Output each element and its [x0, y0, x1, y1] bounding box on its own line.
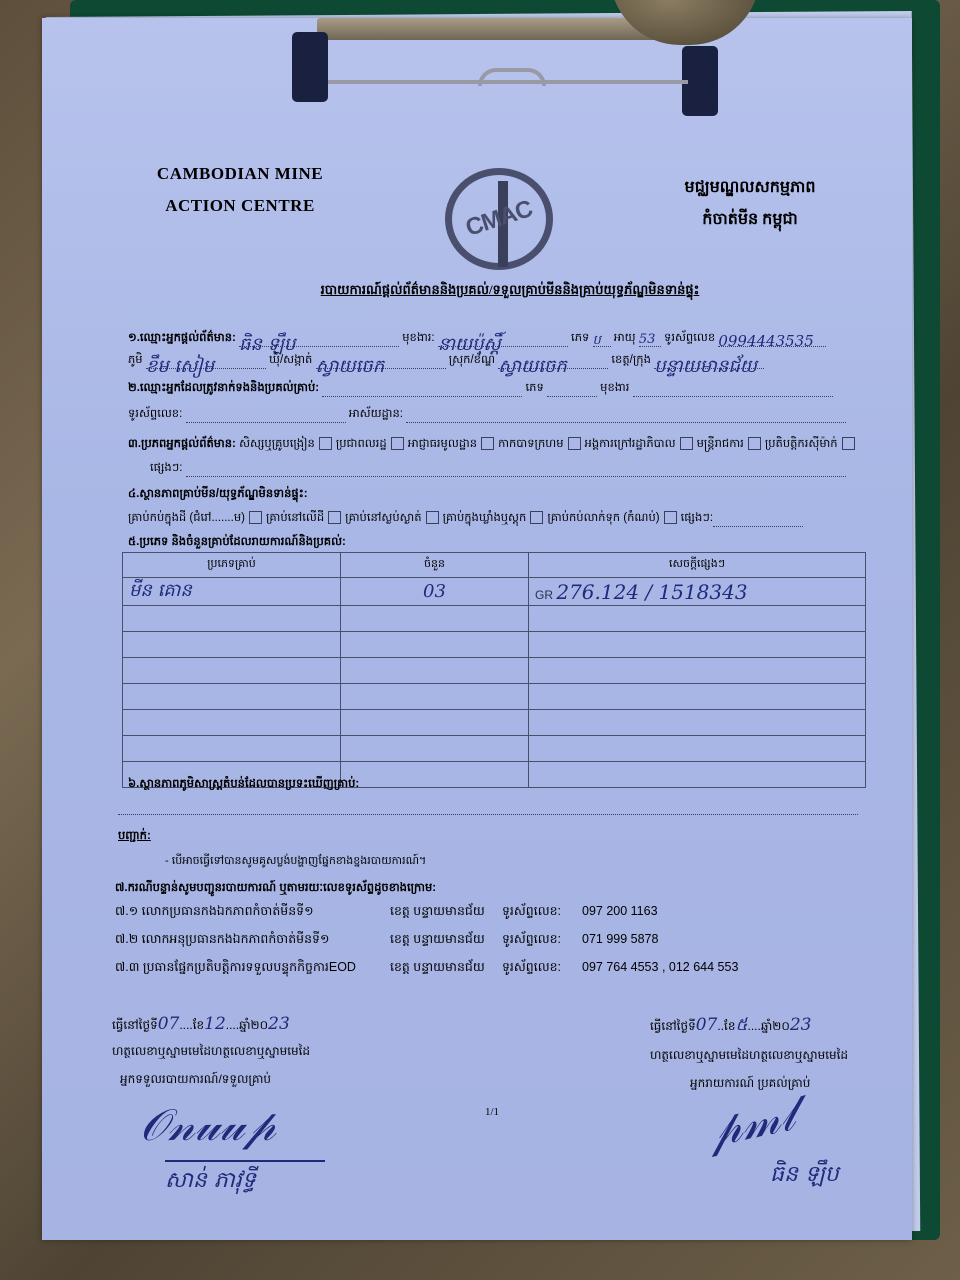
column-header: ប្រភេទគ្រាប់ — [123, 553, 341, 578]
contact-phone-label: ទូរស័ព្ទលេខ: — [502, 932, 582, 950]
section4-heading: ៤.ស្ថានភាពគ្រាប់មីន/យុទ្ធភ័ណ្ឌមិនទាន់ផ្ទ… — [128, 486, 858, 503]
contact-row: ៧.២ លោកអនុប្រធានកងឯកភាពកំចាត់មីនទី១ខេត្ត… — [115, 932, 658, 950]
table-cell[interactable] — [529, 658, 866, 684]
table-cell[interactable] — [529, 632, 866, 658]
contact-phone[interactable]: 097 200 1163 — [582, 904, 658, 918]
contact-row: ៧.៣ ប្រធានផ្នែកប្រតិបត្តិការទទួលបន្ទុកកិ… — [115, 960, 738, 978]
district-field[interactable]: ស្វាយចេក — [498, 354, 608, 369]
province-field[interactable]: បន្ទាយមានជ័យ — [654, 354, 764, 369]
section3-row1: ៣.ប្រភពអ្នកផ្តល់ព័ត៌មាន: សិស្សឬគ្រូបង្រៀ… — [128, 436, 858, 453]
province-label: ខេត្ត/ក្រុង — [611, 354, 650, 366]
contact-phone-label: ទូរស័ព្ទលេខ: — [502, 960, 582, 978]
cell-value: 03 — [423, 581, 446, 602]
table-row — [123, 658, 866, 684]
column-header: សេចក្តីផ្សេងៗ — [529, 553, 866, 578]
source-option-label: អង្គការក្រៅរដ្ឋាភិបាល — [585, 438, 676, 450]
source-option-label: សិស្សឬគ្រូបង្រៀន — [239, 438, 315, 450]
date-left: ធ្វើនៅថ្ងៃទី07....ខែ12....ឆ្នាំ២០23 ហត្ថ… — [112, 1014, 310, 1089]
source-other-label: ផ្សេងៗ: — [150, 462, 182, 474]
occupation-field[interactable]: នាយប៉ុស្តិ៍ — [438, 332, 568, 347]
year-label: ឆ្នាំ២០ — [239, 1018, 268, 1032]
status-other-label: ផ្សេងៗ: — [681, 512, 713, 524]
status-option-label: គ្រាប់ក្នុងឃ្លាំងឬស្តុក — [443, 512, 527, 524]
table-row — [123, 632, 866, 658]
clipboard-clip — [317, 18, 657, 40]
day-field[interactable]: 07 — [158, 1014, 180, 1034]
date-prefix: ធ្វើនៅថ្ងៃទី — [650, 1019, 696, 1033]
cmac-logo: CMAC — [445, 168, 553, 270]
status-option-checkbox[interactable] — [426, 511, 439, 524]
section6-row — [118, 800, 848, 815]
section2-row1: ២.ឈ្មោះអ្នកដែលត្រូវនាក់ទងនិងប្រគល់គ្រាប់… — [128, 380, 858, 397]
table-cell[interactable] — [529, 684, 866, 710]
status-option-label: គ្រាប់នៅលើដី — [266, 512, 324, 524]
table-cell[interactable] — [529, 736, 866, 762]
table-cell[interactable] — [529, 710, 866, 736]
commune-field[interactable]: ស្វាយចេក — [316, 354, 446, 369]
informant-name-field[interactable]: ធិន ឡឹប — [239, 332, 399, 347]
table-cell[interactable] — [123, 710, 341, 736]
section7-heading: ៧.ករណីបន្ទាន់សូមបញ្ជូនរបាយការណ៍ ឬតាមរយៈល… — [115, 880, 845, 897]
recipient-occupation-field[interactable] — [633, 382, 833, 397]
org-name-khmer: មជ្ឈមណ្ឌលសកម្មភាព កំចាត់មីន កម្ពុជា — [640, 172, 860, 236]
source-option-checkbox[interactable] — [568, 437, 581, 450]
month-label: ខែ — [724, 1019, 735, 1033]
source-option-checkbox[interactable] — [842, 437, 855, 450]
age-field[interactable]: 53 — [639, 332, 661, 347]
status-option-checkbox[interactable] — [664, 511, 677, 524]
status-option-label: គ្រាប់នៅស្ងប់ស្ងាត់ — [345, 512, 421, 524]
items-label: ៥.ប្រភេទ និងចំនួនគ្រាប់ដែលរាយការណ៍និងប្រ… — [128, 536, 346, 548]
table-cell[interactable] — [341, 684, 529, 710]
sex-field[interactable]: ប — [593, 332, 611, 347]
status-option-checkbox[interactable] — [328, 511, 341, 524]
grid-ref-prefix: GR — [535, 588, 556, 602]
geography-field[interactable] — [118, 800, 858, 815]
recipient-occupation-label: មុខងារ — [600, 382, 629, 394]
section5-heading: ៥.ប្រភេទ និងចំនួនគ្រាប់ដែលរាយការណ៍និងប្រ… — [128, 534, 858, 551]
clip-wire — [328, 80, 688, 96]
grid-ref-value: 276.124 / 1518343 — [556, 580, 747, 604]
sex-label: ភេទ — [571, 332, 589, 344]
contact-province: ខេត្ត បន្ទាយមានជ័យ — [390, 960, 502, 978]
section2-row2: ទូរស័ព្ទលេខ: អាស័យដ្ឋាន: — [128, 406, 858, 423]
month-label: ខែ — [193, 1018, 204, 1032]
table-cell[interactable] — [123, 658, 341, 684]
table-cell[interactable] — [341, 710, 529, 736]
recipient-name-field[interactable] — [322, 382, 522, 397]
source-option-label: មន្ត្រីរាជការ — [697, 438, 744, 450]
section1-row1: ១.ឈ្មោះអ្នកផ្តល់ព័ត៌មាន: ធិន ឡឹប មុខងារ:… — [128, 330, 858, 347]
signature-caption-line1: ហត្ថលេខាឬស្នាមមេដៃហត្ថលេខាឬស្នាមមេដៃ — [112, 1043, 310, 1061]
source-option-label: កាកបាទក្រហម — [498, 438, 563, 450]
column-header: ចំនួន — [341, 553, 529, 578]
month-field[interactable]: ៥ — [735, 1015, 747, 1035]
table-cell[interactable] — [123, 684, 341, 710]
recipient-sex-label: ភេទ — [526, 382, 544, 394]
day-field[interactable]: 07 — [696, 1015, 718, 1035]
table-cell[interactable] — [123, 606, 341, 632]
district-label: ស្រុក/ខ័ណ្ឌ — [449, 354, 495, 366]
contact-province: ខេត្ត បន្ទាយមានជ័យ — [390, 904, 502, 922]
source-option-checkbox[interactable] — [391, 437, 404, 450]
signature-caption-line1: ហត្ថលេខាឬស្នាមមេដៃហត្ថលេខាឬស្នាមមេដៃ — [650, 1047, 848, 1065]
status-label: ៤.ស្ថានភាពគ្រាប់មីន/យុទ្ធភ័ណ្ឌមិនទាន់ផ្ទ… — [128, 488, 308, 500]
source-option-label: អាជ្ញាធរមូលដ្ឋាន — [408, 438, 477, 450]
recipient-address-field[interactable] — [406, 408, 846, 423]
table-cell[interactable] — [341, 632, 529, 658]
recipient-address-label: អាស័យដ្ឋាន: — [349, 408, 403, 420]
section3-row2: ផ្សេងៗ: — [150, 460, 880, 477]
status-option-checkbox[interactable] — [530, 511, 543, 524]
phone-label: ទូរស័ព្ទលេខ — [664, 332, 715, 344]
ordnance-table: ប្រភេទគ្រាប់ចំនួនសេចក្តីផ្សេងៗ មីន គោន03… — [122, 552, 866, 788]
month-field[interactable]: 12 — [204, 1014, 226, 1034]
source-option-checkbox[interactable] — [748, 437, 761, 450]
informant-label: ១.ឈ្មោះអ្នកផ្តល់ព័ត៌មាន: — [128, 332, 236, 344]
org-kh-line2: កំចាត់មីន កម្ពុជា — [640, 204, 860, 236]
year-field[interactable]: 23 — [268, 1014, 290, 1034]
org-en-line1: CAMBODIAN MINE — [120, 158, 360, 190]
source-option-checkbox[interactable] — [680, 437, 693, 450]
contact-phone-label: ទូរស័ព្ទលេខ: — [502, 904, 582, 922]
note-label: បញ្ជាក់: — [118, 830, 151, 842]
note-heading: បញ្ជាក់: — [118, 828, 848, 845]
recipient-phone-field[interactable] — [186, 408, 346, 423]
contact-phone[interactable]: 097 764 4553 , 012 644 553 — [582, 960, 738, 974]
recipient-sex-field[interactable] — [547, 382, 597, 397]
recipient-phone-label: ទូរស័ព្ទលេខ: — [128, 408, 182, 420]
form-title: របាយការណ៍ផ្តល់ព័ត៌មាននិងប្រគល់/ទទួលគ្រាប… — [280, 282, 740, 301]
contact-province: ខេត្ត បន្ទាយមានជ័យ — [390, 932, 502, 950]
phone-field[interactable]: 0994443535 — [718, 332, 826, 347]
source-option-label: ប្រជាពលរដ្ឋ — [336, 438, 387, 450]
note-text: - បើអាចធ្វើទៅបានសូមគូសប្លង់បង្ហាញផ្នែកខា… — [165, 854, 895, 870]
table-cell[interactable] — [123, 632, 341, 658]
village-label: ភូមិ — [128, 354, 143, 366]
age-label: អាយុ — [614, 332, 636, 344]
signer-right-name: ធិន ឡឹប — [770, 1160, 839, 1192]
section1-row2: ភូមិ ខឹម សៀម ឃុំ/សង្កាត់ ស្វាយចេក ស្រុក/… — [128, 352, 858, 369]
table-cell[interactable]: មីន គោន — [123, 578, 341, 606]
occupation-label: មុខងារ: — [402, 332, 434, 344]
org-en-line2: ACTION CENTRE — [120, 190, 360, 222]
page-number: 1/1 — [485, 1106, 499, 1118]
contact-phone[interactable]: 071 999 5878 — [582, 932, 658, 946]
signature-caption-line2: អ្នកទទួលរបាយការណ៍/ទទួលគ្រាប់ — [120, 1071, 310, 1089]
table-cell[interactable]: 03 — [341, 578, 529, 606]
table-row: មីន គោន03GR 276.124 / 1518343 — [123, 578, 866, 606]
source-other-field[interactable] — [186, 462, 846, 477]
geography-label: ៦.ស្ថានភាពភូមិសាស្ត្រតំបន់ដែលបានប្រទះឃើញ… — [128, 778, 359, 790]
status-option-label: គ្រាប់កប់ក្នុងដី (ជំរៅ.......ម) — [128, 512, 245, 524]
status-option-checkbox[interactable] — [249, 511, 262, 524]
source-option-checkbox[interactable] — [481, 437, 494, 450]
source-label: ៣.ប្រភពអ្នកផ្តល់ព័ត៌មាន: — [128, 438, 236, 450]
table-row — [123, 606, 866, 632]
source-option-checkbox[interactable] — [319, 437, 332, 450]
table-row — [123, 710, 866, 736]
contact-title: ៧.១ លោកប្រធានកងឯកភាពកំចាត់មីនទី១ — [115, 904, 390, 922]
contact-title: ៧.៣ ប្រធានផ្នែកប្រតិបត្តិការទទួលបន្ទុកកិ… — [115, 960, 390, 978]
table-row — [123, 684, 866, 710]
date-prefix: ធ្វើនៅថ្ងៃទី — [112, 1018, 158, 1032]
table-cell[interactable] — [529, 606, 866, 632]
status-option-label: គ្រាប់កប់លាក់ទុក (កំណប់) — [547, 512, 659, 524]
table-cell[interactable] — [341, 658, 529, 684]
date-right: ធ្វើនៅថ្ងៃទី07..ខែ៥....ឆ្នាំ២០23 ហត្ថលេខ… — [650, 1014, 848, 1093]
commune-label: ឃុំ/សង្កាត់ — [269, 354, 312, 366]
recipient-label: ២.ឈ្មោះអ្នកដែលត្រូវនាក់ទងនិងប្រគល់គ្រាប់… — [128, 382, 319, 394]
section6-heading: ៦.ស្ថានភាពភូមិសាស្ត្រតំបន់ដែលបានប្រទះឃើញ… — [128, 776, 858, 793]
table-cell[interactable] — [341, 736, 529, 762]
table-cell[interactable]: GR 276.124 / 1518343 — [529, 578, 866, 606]
source-option-label: ប្រតិបត្តិករស៊ីម៉ាក់ — [765, 438, 838, 450]
status-other-field[interactable] — [713, 512, 803, 527]
org-name-english: CAMBODIAN MINE ACTION CENTRE — [120, 158, 360, 222]
cell-value: មីន គោន — [129, 580, 192, 601]
signer-left-name: សាន់ ភាវុទ្ធី — [165, 1160, 325, 1198]
year-label: ឆ្នាំ២០ — [761, 1019, 790, 1033]
table-header: ប្រភេទគ្រាប់ចំនួនសេចក្តីផ្សេងៗ — [123, 553, 866, 578]
signature-left: 𝒪𝓃𝓊𝓊𝓅 — [140, 1100, 276, 1151]
clip-hinge-left — [292, 32, 328, 102]
contact-row: ៧.១ លោកប្រធានកងឯកភាពកំចាត់មីនទី១ខេត្ត បន… — [115, 904, 658, 922]
table-row — [123, 736, 866, 762]
village-field[interactable]: ខឹម សៀម — [146, 354, 266, 369]
year-field[interactable]: 23 — [790, 1015, 812, 1035]
section4-options: គ្រាប់កប់ក្នុងដី (ជំរៅ.......ម)គ្រាប់នៅល… — [128, 510, 858, 527]
table-cell[interactable] — [341, 606, 529, 632]
table-cell[interactable] — [123, 736, 341, 762]
emergency-label: ៧.ករណីបន្ទាន់សូមបញ្ជូនរបាយការណ៍ ឬតាមរយៈល… — [115, 882, 436, 894]
contact-title: ៧.២ លោកអនុប្រធានកងឯកភាពកំចាត់មីនទី១ — [115, 932, 390, 950]
org-kh-line1: មជ្ឈមណ្ឌលសកម្មភាព — [640, 172, 860, 204]
